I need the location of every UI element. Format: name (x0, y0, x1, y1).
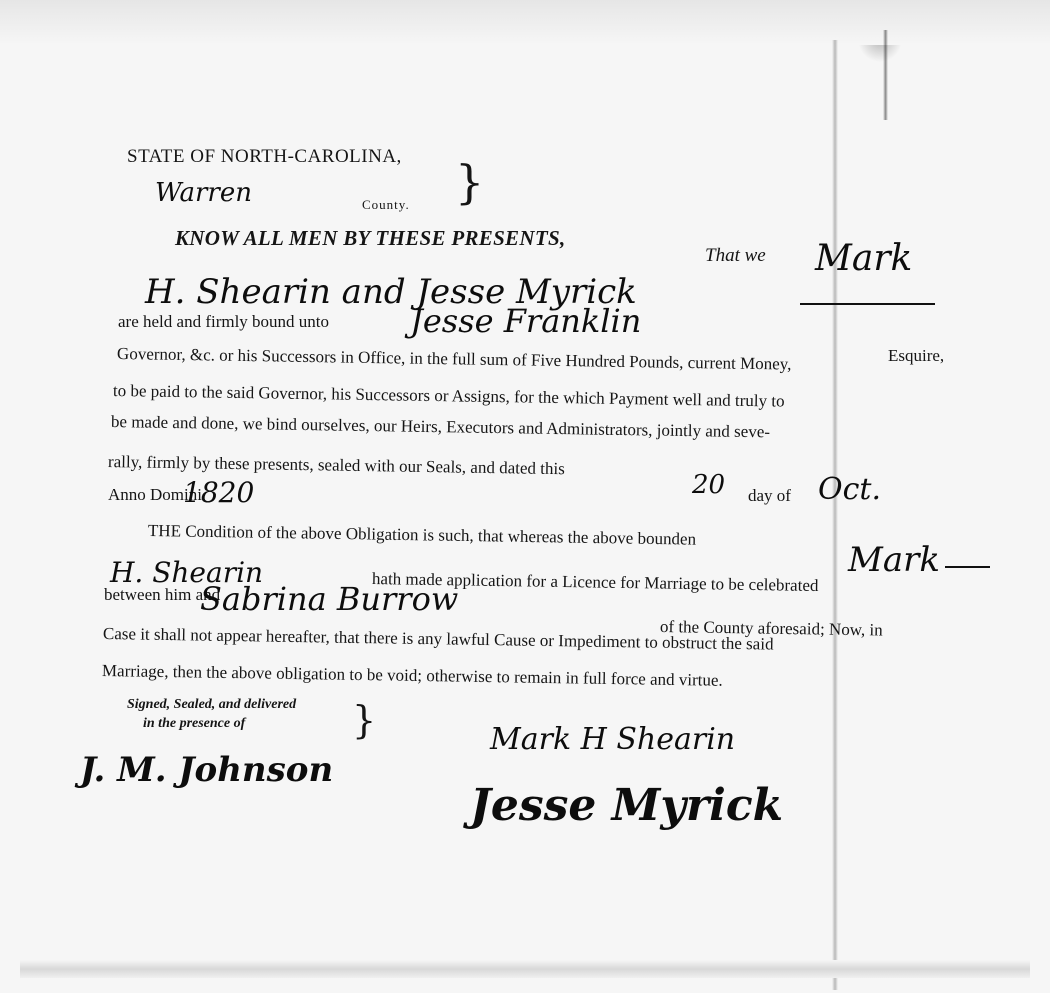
bondsman-handwritten-mark: Mark (815, 238, 912, 279)
year-handwritten: 1820 (183, 476, 254, 509)
bond-line-3: Governor, &c. or his Successors in Offic… (117, 344, 792, 375)
document-page: STATE OF NORTH-CAROLINA, Warren County. … (0, 0, 1050, 993)
county-label: County. (362, 197, 410, 213)
scan-bottom-edge (20, 960, 1030, 978)
bond-line-4: to be paid to the said Governor, his Suc… (113, 381, 785, 412)
paper-fold-mark (883, 30, 888, 120)
signature-mark-h-shearin: Mark H Shearin (490, 722, 735, 757)
witness-label-2: in the presence of (143, 716, 245, 732)
header-brace: } (455, 162, 484, 202)
that-we-text: That we (705, 245, 766, 267)
day-handwritten: 20 (692, 470, 725, 500)
bride-handwritten: Sabrina Burrow (200, 580, 458, 618)
held-bound-text: are held and firmly bound unto (118, 312, 329, 332)
groom-handwritten-mark: Mark (848, 540, 940, 580)
governor-handwritten: Jesse Franklin (410, 302, 641, 340)
month-handwritten: Oct. (818, 472, 881, 507)
fill-line (800, 303, 935, 305)
bond-line-6: rally, firmly by these presents, sealed … (108, 452, 565, 479)
paper-fold-line (832, 40, 838, 990)
condition-line-5: Marriage, then the above obligation to b… (102, 661, 723, 691)
witness-label-1: Signed, Sealed, and delivered (127, 697, 296, 713)
state-heading: STATE OF NORTH-CAROLINA, (127, 146, 402, 168)
condition-line-1: THE Condition of the above Obligation is… (148, 521, 696, 550)
county-handwritten: Warren (155, 178, 252, 208)
esquire-text: Esquire, (888, 346, 944, 366)
fill-line (945, 566, 990, 568)
scan-top-edge (0, 0, 1050, 45)
witness-signature: J. M. Johnson (80, 750, 333, 790)
witness-brace: } (352, 700, 376, 740)
know-all-men-heading: KNOW ALL MEN BY THESE PRESENTS, (175, 226, 566, 251)
day-of-text: day of (748, 486, 791, 506)
signature-jesse-myrick: Jesse Myrick (470, 780, 783, 831)
bond-line-5: be made and done, we bind ourselves, our… (111, 412, 770, 442)
